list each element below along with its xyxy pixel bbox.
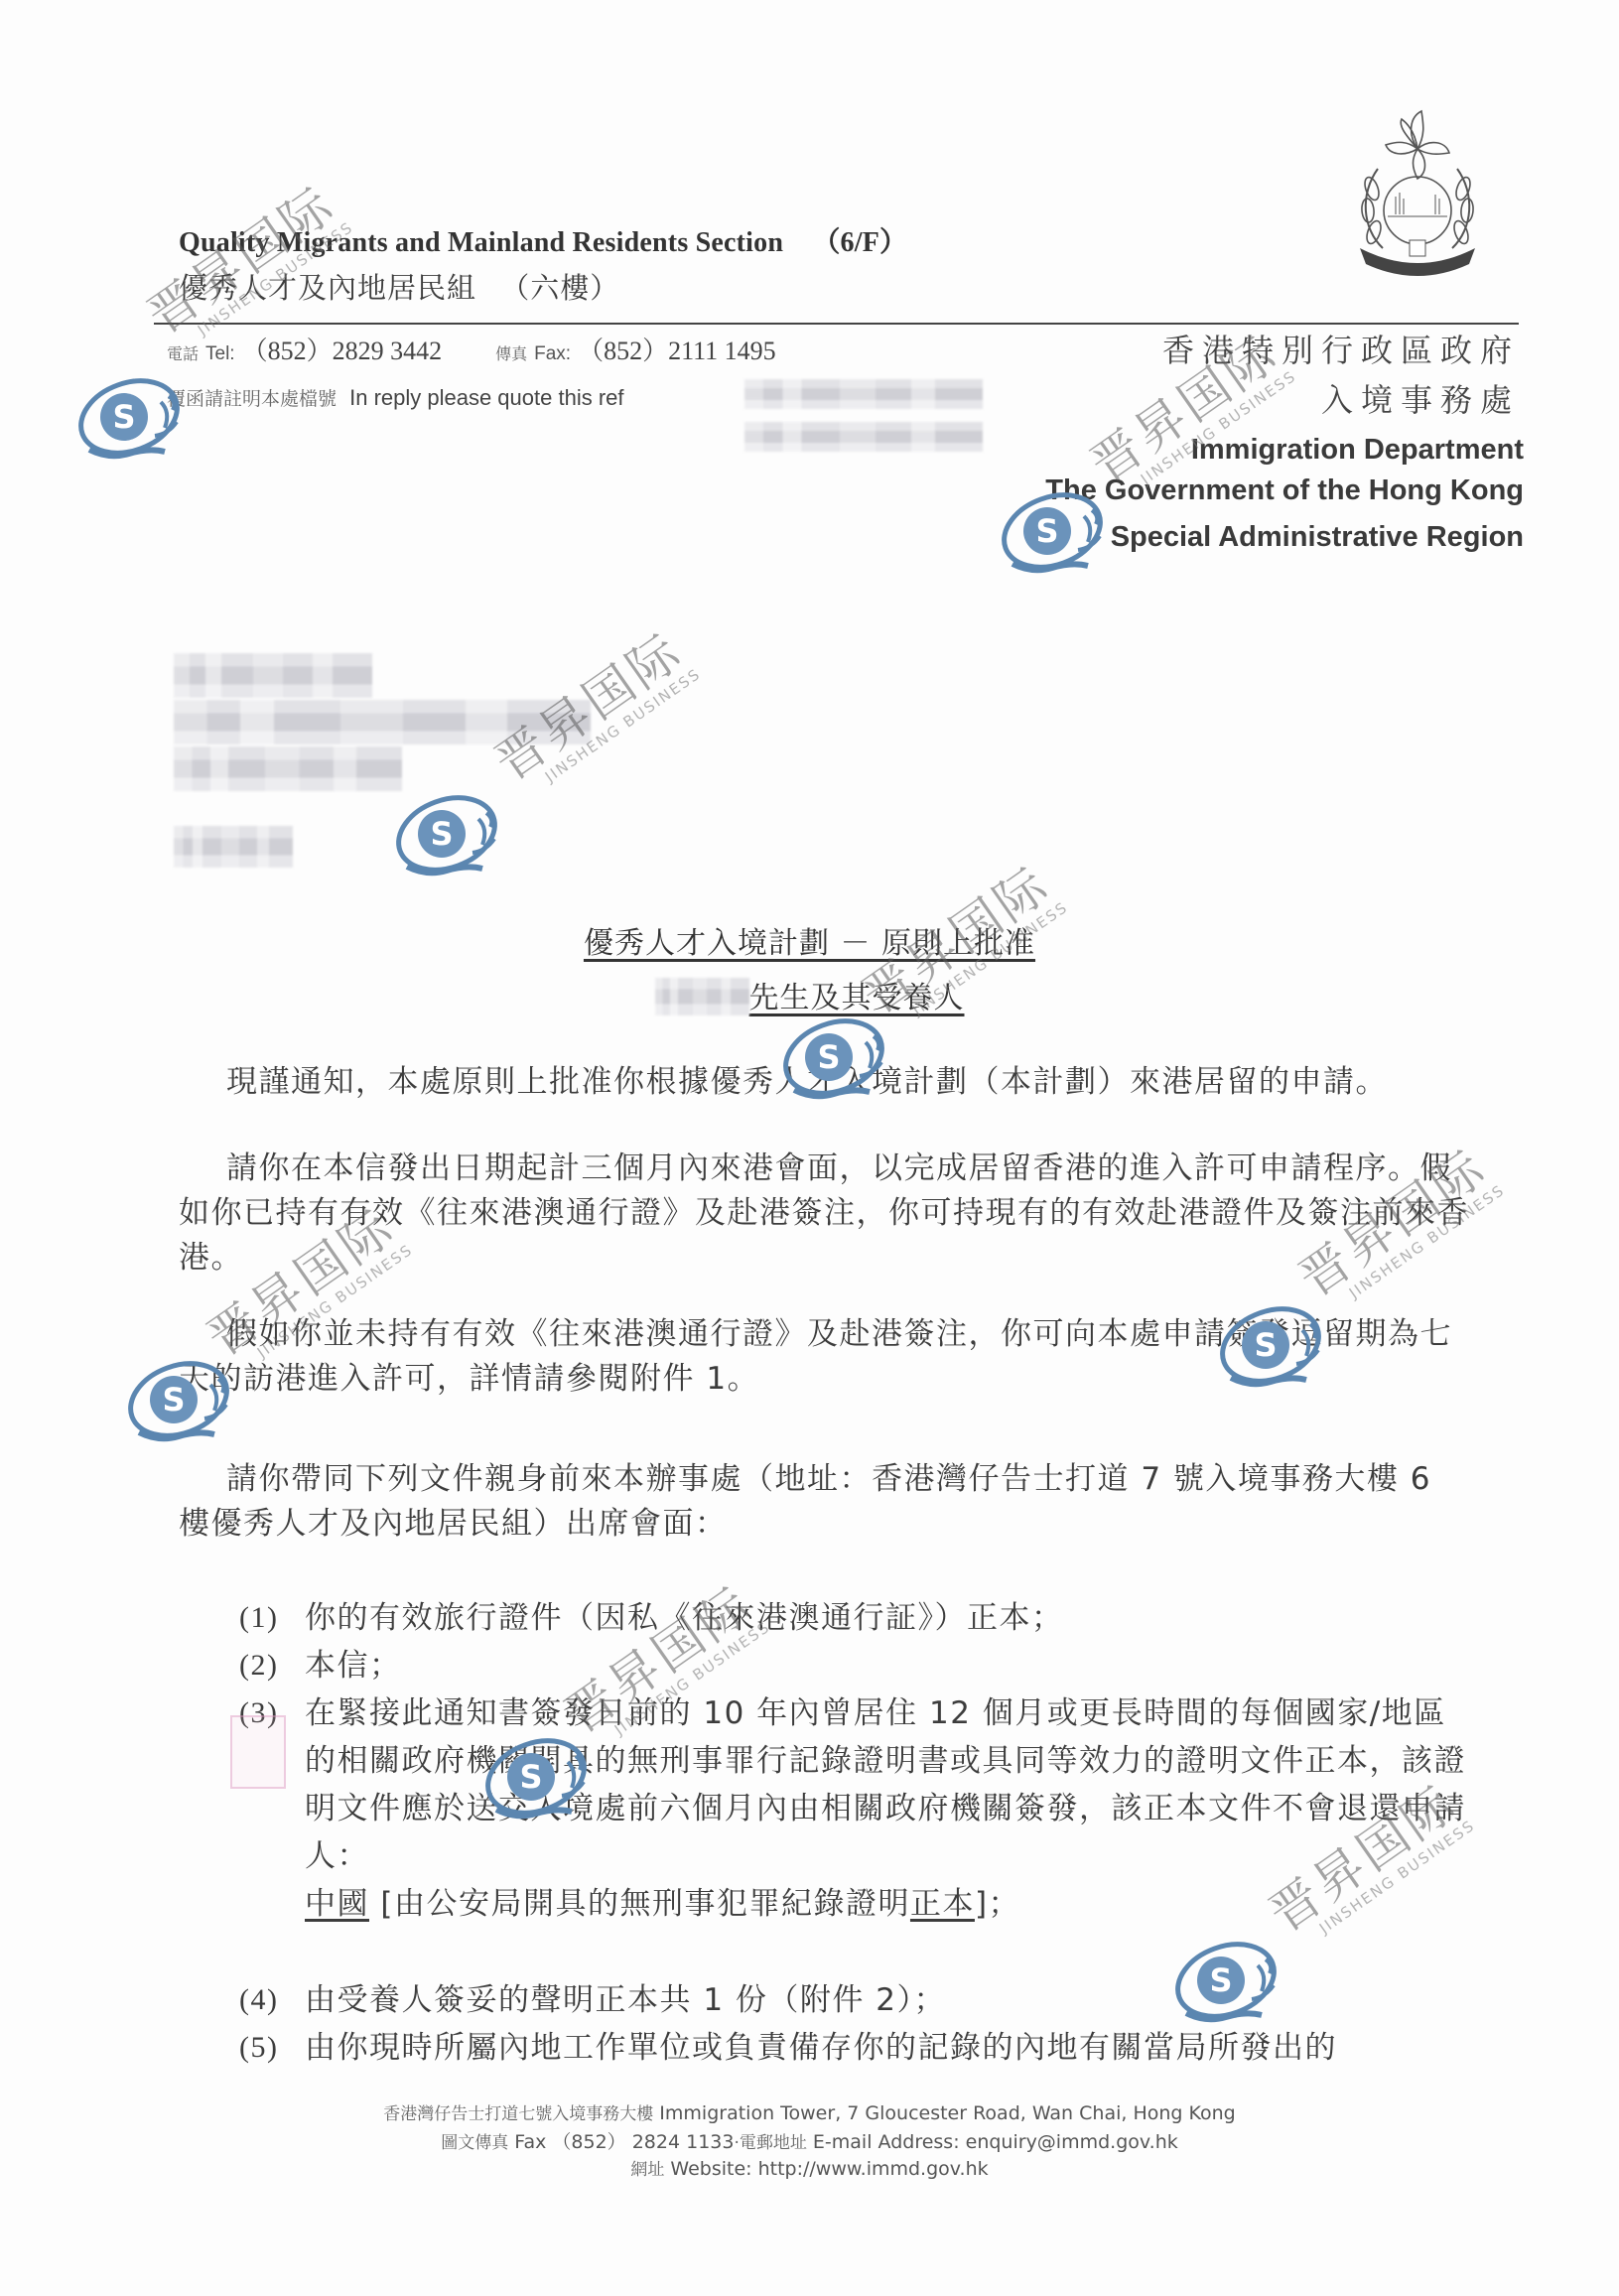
country-note-emphasis: 正本 <box>910 1886 975 1922</box>
section-name-zh: 優秀人才及內地居民組 （六樓） <box>179 266 619 307</box>
seal-stamp-mark <box>230 1715 286 1789</box>
letter-subtitle: 先生及其受養人 <box>0 973 1619 1016</box>
redacted-applicant-name <box>655 978 749 1015</box>
list-number: (1) <box>239 1594 278 1642</box>
ref-label-zh: 覆函請註明本處檔號 <box>167 388 337 410</box>
paragraph-3-text: 假如你並未持有有效《往來港澳通行證》及赴港簽注，你可向本處申請簽發逗留期為七天的… <box>179 1316 1452 1397</box>
list-text: 由你現時所屬內地工作單位或負責備存你的記錄的內地有關當局所發出的 <box>305 2024 1474 2072</box>
list-text: 由受養人簽妥的聲明正本共 1 份（附件 2）； <box>305 1976 1474 2024</box>
footer-fax-zh: 圖文傳真 <box>441 2133 508 2153</box>
department-name-en-line2: The Government of the Hong Kong <box>1045 474 1524 507</box>
redacted-salutation <box>174 826 293 868</box>
fax-label-zh: 傳真 <box>495 344 527 363</box>
department-name-zh-line2: 入境事務處 <box>1321 375 1520 421</box>
letter-title-text: 優秀人才入境計劃 － 原則上批准 <box>584 926 1035 961</box>
fax-label-en: Fax: <box>534 343 571 364</box>
list-text: 本信； <box>305 1642 1474 1689</box>
paragraph-entry-permit: 假如你並未持有有效《往來港澳通行證》及赴港簽注，你可向本處申請簽發逗留期為七天的… <box>179 1312 1469 1402</box>
section-name-en-text: Quality Migrants and Mainland Residents … <box>179 227 783 258</box>
footer-address-zh: 香港灣仔告士打道七號入境事務大樓 <box>383 2104 653 2124</box>
paragraph-documents-required: 請你帶同下列文件親身前來本辦事處（地址：香港灣仔告士打道 7 號入境事務大樓 6… <box>179 1457 1469 1547</box>
redacted-recipient-address-1 <box>174 700 591 744</box>
document-list-item: (3) 在緊接此通知書簽發日前的 10 年內曾居住 12 個月或更長時間的每個國… <box>243 1689 1474 1928</box>
tel-number: （852）2829 3442 <box>242 337 443 365</box>
footer-address: 香港灣仔告士打道七號入境事務大樓 Immigration Tower, 7 Gl… <box>0 2099 1619 2124</box>
ref-label-en: In reply please quote this ref <box>349 385 623 410</box>
list-text: 在緊接此通知書簽發日前的 10 年內曾居住 12 個月或更長時間的每個國家/地區… <box>305 1689 1474 1880</box>
footer-email-zh: ‧電郵地址 <box>734 2133 806 2153</box>
section-floor-zh: （六樓） <box>500 271 619 305</box>
footer-website: 網址 Website: http://www.immd.gov.hk <box>0 2155 1619 2180</box>
document-list-item: (1) 你的有效旅行證件（因私《往來港澳通行証》）正本； <box>243 1594 1474 1642</box>
list-number: (4) <box>239 1976 278 2024</box>
paragraph-4-text: 請你帶同下列文件親身前來本辦事處（地址：香港灣仔告士打道 7 號入境事務大樓 6… <box>179 1461 1431 1542</box>
contact-line: 電話 Tel: （852）2829 3442 傳真 Fax: （852）2111… <box>167 331 776 367</box>
reference-line: 覆函請註明本處檔號 In reply please quote this ref <box>167 384 624 411</box>
footer-website-url: Website: http://www.immd.gov.hk <box>670 2158 988 2180</box>
department-name-en-line3: Special Administrative Region <box>1111 521 1524 554</box>
fax-number: （852）2111 1495 <box>578 337 776 365</box>
letter-title: 優秀人才入境計劃 － 原則上批准 <box>0 918 1619 962</box>
list-number: (5) <box>239 2024 278 2072</box>
immigration-department-emblem-icon <box>1338 99 1497 278</box>
footer-fax-en: Fax （852） 2824 1133 <box>514 2131 734 2153</box>
paragraph-2-text: 請你在本信發出日期起計三個月內來港會面，以完成居留香港的進入許可申請程序。假如你… <box>179 1150 1469 1276</box>
list-number: (2) <box>239 1642 278 1689</box>
section-floor-en: （6/F） <box>812 227 907 258</box>
footer-address-en: Immigration Tower, 7 Gloucester Road, Wa… <box>659 2102 1235 2124</box>
redacted-recipient-name <box>174 653 372 698</box>
paragraph-interview-instructions: 請你在本信發出日期起計三個月內來港會面，以完成居留香港的進入許可申請程序。假如你… <box>179 1147 1469 1281</box>
watermark-logo-icon <box>387 789 516 883</box>
department-name-zh-line1: 香港特別行政區政府 <box>1162 326 1520 371</box>
document-list-item: (5) 由你現時所屬內地工作單位或負責備存你的記錄的內地有關當局所發出的 <box>243 2024 1474 2072</box>
section-name-en: Quality Migrants and Mainland Residents … <box>179 220 907 260</box>
redacted-reference-number-2 <box>744 422 983 452</box>
redacted-recipient-address-2 <box>174 746 402 791</box>
country-note-end: ]； <box>975 1886 1020 1922</box>
footer-email: E-mail Address: enquiry@immd.gov.hk <box>813 2131 1178 2153</box>
document-list-item: (4) 由受養人簽妥的聲明正本共 1 份（附件 2）； <box>243 1976 1474 2024</box>
watermark-text-en: JINSHENG BUSINESS <box>1138 367 1299 488</box>
redacted-reference-number <box>744 379 983 409</box>
country-note: [由公安局開具的無刑事犯罪紀錄證明 <box>380 1886 910 1922</box>
tel-label-zh: 電話 <box>167 344 199 363</box>
list-text: 你的有效旅行證件（因私《往來港澳通行証》）正本； <box>305 1594 1474 1642</box>
footer-website-zh: 網址 <box>630 2160 664 2180</box>
document-list-item: (2) 本信； <box>243 1642 1474 1689</box>
country-name: 中國 <box>305 1886 369 1922</box>
department-name-en-line1: Immigration Department <box>1191 434 1524 467</box>
letter-subtitle-text: 先生及其受養人 <box>749 981 965 1015</box>
paragraph-approval-notice: 現謹通知，本處原則上批准你根據優秀人才入境計劃（本計劃）來港居留的申請。 <box>179 1060 1469 1105</box>
header-divider <box>154 323 1519 325</box>
footer-fax-email: 圖文傳真 Fax （852） 2824 1133‧電郵地址 E-mail Add… <box>0 2127 1619 2154</box>
country-requirement: 中國 [由公安局開具的無刑事犯罪紀錄證明正本]； <box>305 1880 1474 1928</box>
paragraph-1-text: 現謹通知，本處原則上批准你根據優秀人才入境計劃（本計劃）來港居留的申請。 <box>226 1064 1388 1100</box>
tel-label-en: Tel: <box>205 343 235 364</box>
section-name-zh-text: 優秀人才及內地居民組 <box>179 271 476 305</box>
